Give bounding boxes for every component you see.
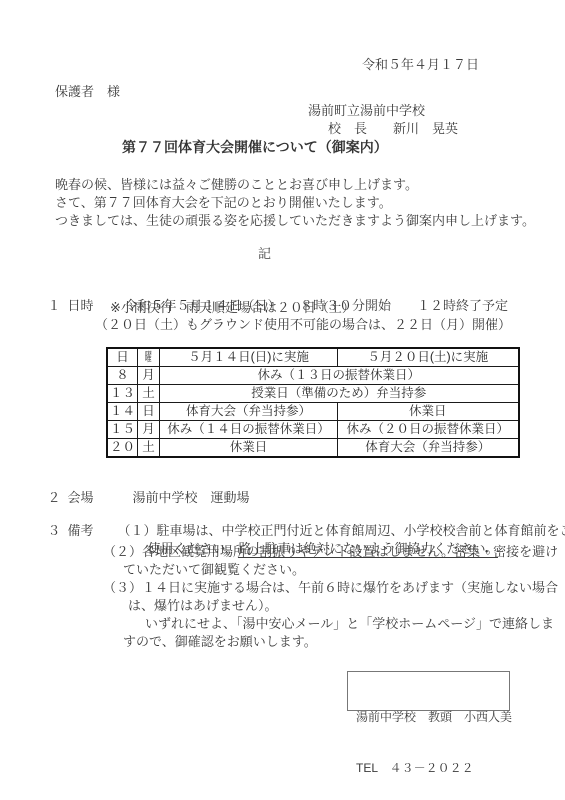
cell-weekday: 日 — [138, 403, 160, 421]
section-3-number: ３ — [47, 523, 60, 538]
section-1-number: １ — [47, 298, 60, 313]
greeting-line-2: さて、第７７回体育大会を下記のとおり開催いたします。 — [55, 195, 392, 210]
table-header-row: 日 曜 ５月１４日(日)に実施 ５月２０日(土)に実施 — [107, 348, 519, 367]
remark-3-line-1: （３）１４日に実施する場合は、午前６時に爆竹をあげます（実施しない場合 — [103, 580, 558, 595]
remark-3-line-2: は、爆竹はあげません）。 — [128, 598, 278, 613]
table-row: ２０ 土 休業日 体育大会（弁当持参） — [107, 439, 519, 458]
section-3-label: 備考 — [67, 523, 93, 538]
cell-plan14: 休業日 — [160, 439, 338, 458]
remark-3-line-4: すので、御確認をお願いします。 — [123, 634, 317, 649]
cell-plan14: 休み（１４日の振替休業日） — [160, 421, 338, 439]
table-row: １３ 土 授業日（準備のため）弁当持参 — [107, 385, 519, 403]
principal-name: 校 長 新川 晃英 — [328, 121, 458, 136]
cell-day: １４ — [107, 403, 138, 421]
cell-weekday: 土 — [138, 385, 160, 403]
section-2-number: ２ — [47, 490, 60, 505]
header-cell-weekday: 曜 — [138, 348, 160, 367]
cell-plan20: 休み（２０日の振替休業日） — [338, 421, 519, 439]
cell-merged: 授業日（準備のため）弁当持参 — [160, 385, 519, 403]
table-row: １５ 月 休み（１４日の振替休業日） 休み（２０日の振替休業日） — [107, 421, 519, 439]
cell-day: ８ — [107, 367, 138, 385]
cell-weekday: 月 — [138, 367, 160, 385]
contact-tel: TEL ４３－２０２２ — [356, 760, 501, 777]
rain-note: ※小雨決行 雨天順延場合は２０日（土） — [110, 300, 355, 315]
postpone-note: （２０日（土）もグラウンド使用不可能の場合は、２２日（月）開催） — [95, 317, 511, 332]
section-2-label: 会場 — [67, 490, 93, 505]
cell-weekday: 月 — [138, 421, 160, 439]
contact-box: 湯前中学校 教頭 小西人美 TEL ４３－２０２２ — [347, 671, 510, 711]
cell-day: ２０ — [107, 439, 138, 458]
greeting-line-1: 晩春の候、皆様には益々ご健勝のこととお喜び申し上げます。 — [55, 177, 418, 192]
cell-day: １３ — [107, 385, 138, 403]
cell-plan20: 休業日 — [338, 403, 519, 421]
document-title: 第７７回体育大会開催について（御案内） — [122, 140, 388, 155]
greeting-line-3: つきましては、生徒の頑張る姿を応援していただきますよう御案内申し上げます。 — [55, 213, 535, 228]
cell-day: １５ — [107, 421, 138, 439]
table-row: １４ 日 体育大会（弁当持参） 休業日 — [107, 403, 519, 421]
contact-name: 湯前中学校 教頭 小西人美 — [356, 709, 501, 726]
issue-date: 令和５年４月１７日 — [362, 57, 479, 72]
cell-weekday: 土 — [138, 439, 160, 458]
document-page: 令和５年４月１７日 保護者 様 湯前町立湯前中学校 校 長 新川 晃英 第７７回… — [0, 0, 565, 800]
remark-2-line-2: ていただいて御観覧ください。 — [123, 562, 305, 577]
school-name: 湯前町立湯前中学校 — [308, 103, 425, 118]
schedule-table: 日 曜 ５月１４日(日)に実施 ５月２０日(土)に実施 ８ 月 休み（１３日の振… — [106, 347, 520, 458]
section-1-label: 日時 — [67, 298, 93, 313]
weekday-label: 曜 — [145, 349, 152, 366]
ki-marker: 記 — [258, 246, 271, 261]
cell-merged: 休み（１３日の振替休業日） — [160, 367, 519, 385]
cell-plan20: 体育大会（弁当持参） — [338, 439, 519, 458]
table-row: ８ 月 休み（１３日の振替休業日） — [107, 367, 519, 385]
section-2-text: 湯前中学校 運動場 — [132, 490, 249, 505]
remark-3-line-3: いずれにせよ、「湯中安心メール」と「学校ホームページ」で連絡しま — [145, 616, 554, 631]
remark-2-line-1: （２）各地区観覧用場所の割振りやテント設置はしません。密集・密接を避け — [103, 544, 558, 559]
header-cell-plan14: ５月１４日(日)に実施 — [160, 348, 338, 367]
header-cell-plan20: ５月２０日(土)に実施 — [338, 348, 519, 367]
cell-plan14: 体育大会（弁当持参） — [160, 403, 338, 421]
recipient: 保護者 様 — [55, 84, 120, 99]
header-cell-day: 日 — [107, 348, 138, 367]
